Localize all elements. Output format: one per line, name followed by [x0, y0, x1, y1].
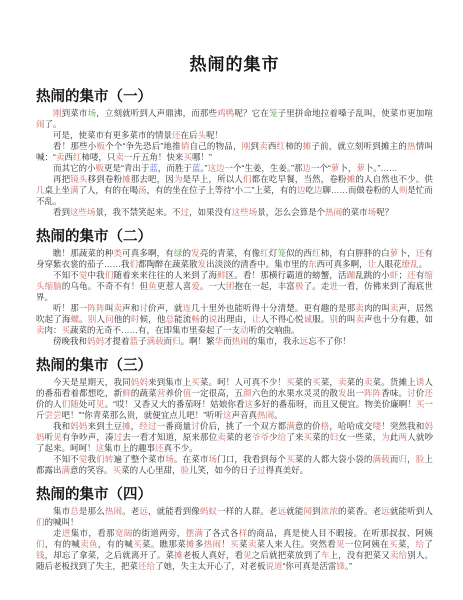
- paragraph: 今天是星期天，我同妈妈来到集市上买菜。呵！人可真不少！买菜的买菜，卖菜的卖菜。货…: [36, 377, 433, 421]
- highlighted-text: 场: [208, 454, 217, 464]
- highlighted-text: 汤: [138, 185, 147, 195]
- highlighted-text: 给: [416, 539, 425, 549]
- highlighted-text: 卖: [338, 377, 347, 387]
- highlighted-text: 笼: [278, 248, 287, 258]
- section-heading: 热闹的集市（四）: [36, 483, 433, 504]
- highlighted-text: 这: [96, 443, 105, 453]
- text-segment: 聊……而做卷粉的人: [322, 185, 399, 195]
- highlighted-text: 满载: [373, 454, 390, 464]
- highlighted-text: 远: [278, 506, 287, 516]
- highlighted-text: 满: [70, 185, 79, 195]
- text-segment: 不知不: [53, 270, 79, 280]
- highlighted-text: 见: [336, 539, 345, 549]
- text-segment: 一样的人群。老: [217, 506, 277, 516]
- paragraph: 集市总是那么热闹。老远，就能看到像蚂蚁一样的人群。老远就能闻到浓浓的菜香。老远就…: [36, 506, 433, 528]
- highlighted-text: 类: [113, 248, 122, 258]
- text-segment: 蔬菜的无奇不……有，在即集市里奏起了一支: [70, 325, 240, 335]
- text-segment: 香味。: [381, 388, 407, 398]
- highlighted-text: 萝: [356, 163, 365, 173]
- highlighted-text: 摊: [174, 550, 183, 560]
- document-page: 热闹的集市 热闹的集市（一）刚到菜市场，立刻就听到人声鼎沸，而那些鸡鸭呢？它在笼…: [0, 0, 463, 600]
- highlighted-text: 卖: [259, 141, 268, 151]
- text-segment: 就能听到人: [390, 506, 433, 516]
- highlighted-text: 热闹: [204, 539, 222, 549]
- text-segment: 的乌龟。不奇不有！但: [62, 281, 148, 291]
- text-segment: 吃: [305, 185, 314, 195]
- text-segment: 门口，我看到每个: [217, 454, 286, 464]
- text-segment: 移到卷粉: [88, 174, 123, 184]
- highlighted-text: 镜头: [70, 174, 87, 184]
- text-segment: 菜的: [295, 377, 312, 387]
- highlighted-text: 买: [304, 432, 313, 442]
- highlighted-text: 妈妈: [87, 336, 104, 346]
- highlighted-text: 宽阔: [115, 528, 133, 538]
- highlighted-text: 远: [300, 336, 309, 346]
- text-segment: 看！那些小: [53, 141, 96, 151]
- text-segment: 区。看！那横行霸道的螃蟹，活: [226, 270, 347, 280]
- text-segment: 。啊！繁: [181, 336, 215, 346]
- highlighted-text: 发: [191, 248, 200, 258]
- highlighted-text: 场: [165, 454, 174, 464]
- highlighted-text: 螺: [71, 314, 80, 324]
- highlighted-text: 还给: [138, 561, 155, 571]
- text-segment: 了: [424, 539, 433, 549]
- text-segment: 一定很高，五: [191, 388, 243, 398]
- highlighted-text: 绿: [174, 248, 183, 258]
- text-segment: 看到: [53, 207, 70, 217]
- text-segment: 菜。瞧那菜: [142, 539, 186, 549]
- text-segment: ，立刻就听到人声鼎沸，而那些: [96, 108, 217, 118]
- highlighted-text: 卖: [355, 314, 364, 324]
- text-segment: 人眼花: [376, 259, 402, 269]
- text-segment: 子里拼命地拉着嗓子乱叫，使菜市更加喧: [278, 108, 433, 118]
- paragraph: 看！那些小贩个个“争先恐后”地推销自己的物品，刚到卖西红柿的摊子前，就立刻听到摊…: [36, 141, 433, 163]
- text-segment: 更惹人喜: [157, 281, 192, 291]
- highlighted-text: 贩: [96, 141, 105, 151]
- text-segment: 子: [138, 336, 147, 346]
- text-segment: 到菜市: [62, 108, 88, 118]
- text-segment: 意的笑容。: [70, 465, 113, 475]
- text-segment: 柿喽，只: [81, 152, 115, 162]
- document-body: 热闹的集市（一）刚到菜市场，立刻就听到人声鼎沸，而那些鸡鸭呢？它在笼子里拼命地拉…: [36, 85, 433, 572]
- text-segment: 西: [64, 152, 73, 162]
- text-segment: ！: [221, 539, 230, 549]
- text-segment: 呢！: [206, 130, 223, 140]
- highlighted-text: 闹: [36, 119, 45, 129]
- text-segment: 的喊叫！: [45, 517, 79, 527]
- highlighted-text: 远: [139, 506, 148, 516]
- highlighted-text: 阵阵: [88, 303, 105, 313]
- highlighted-text: 两: [399, 432, 408, 442]
- text-segment: 。: [274, 410, 283, 420]
- essay-section: 热闹的集市（三）今天是星期天，我同妈妈来到集市上买菜。呵！人可真不少！买菜的买菜…: [36, 354, 433, 476]
- highlighted-text: 买: [62, 325, 71, 335]
- highlighted-text: 见: [53, 432, 62, 442]
- paragraph: 傍晚我和妈妈才提着篮子满载而归。啊！繁华而热闹的集市，我永远忘不了你！: [36, 336, 433, 347]
- text-segment: “你可真是活雷: [283, 561, 337, 571]
- highlighted-text: 为: [381, 432, 390, 442]
- text-segment: ，而胜于: [158, 163, 192, 173]
- text-segment: 菜的人心里甜，: [121, 465, 181, 475]
- highlighted-text: 买: [133, 539, 142, 549]
- highlighted-text: 说道: [266, 561, 283, 571]
- highlighted-text: 买: [230, 539, 239, 549]
- highlighted-text: 蚂蚁: [200, 506, 217, 516]
- highlighted-text: 动: [240, 325, 249, 335]
- text-segment: 菜的: [347, 377, 364, 387]
- section-heading: 热闹的集市（二）: [36, 225, 433, 246]
- text-segment: 中我: [88, 270, 105, 280]
- highlighted-text: 爷爷: [252, 432, 269, 442]
- text-segment: 西可真多啊，: [317, 259, 368, 269]
- text-segment: 来到集市上: [148, 377, 191, 387]
- text-segment: 的: [183, 248, 192, 258]
- text-segment: 了来: [286, 432, 303, 442]
- highlighted-text: 卖: [248, 539, 257, 549]
- highlighted-text: 红: [312, 248, 321, 258]
- text-segment: 菜: [239, 539, 248, 549]
- text-segment: 。在菜市: [174, 454, 209, 464]
- highlighted-text: 销: [181, 141, 190, 151]
- highlighted-text: 热闹: [232, 336, 249, 346]
- highlighted-text: 摊: [186, 539, 195, 549]
- text-segment: 肉的叫: [364, 303, 390, 313]
- text-segment: 了各式各: [203, 528, 238, 538]
- text-segment: 真不少。: [164, 443, 198, 453]
- highlighted-text: 买: [113, 465, 122, 475]
- text-segment: 瞧！那蔬菜的种: [53, 248, 113, 258]
- highlighted-text: 这边: [208, 163, 225, 173]
- text-segment: ，却忘了拿菜，之后就离开了。菜: [45, 550, 174, 560]
- paragraph: 走进集市，看那宽阔的街道两旁，摆满了各式各样的商品，真是使人目不暇接。在听那叔叔…: [36, 528, 433, 572]
- text-segment: 柿的: [285, 141, 302, 151]
- text-segment: 。一大: [200, 281, 226, 291]
- highlighted-text: 华: [215, 336, 224, 346]
- text-segment: ，有的喊: [45, 539, 80, 549]
- text-segment: 了。走: [304, 281, 330, 291]
- highlighted-text: 还: [155, 443, 164, 453]
- highlighted-text: 让: [368, 259, 377, 269]
- text-segment: 是那么: [79, 506, 105, 516]
- highlighted-text: 蓝: [149, 163, 158, 173]
- text-segment: 一个“生姜，生姜。”那: [225, 163, 303, 173]
- highlighted-text: 买: [312, 377, 321, 387]
- text-segment: 景，怎么会算是个: [257, 207, 325, 217]
- text-segment: 灯: [269, 248, 278, 258]
- text-segment: 。: [79, 314, 88, 324]
- highlighted-text: 们: [243, 174, 252, 184]
- highlighted-text: 们: [96, 454, 105, 464]
- text-segment: 听的交响曲。: [249, 325, 300, 335]
- highlighted-text: 见: [243, 550, 252, 560]
- text-segment: 自己的物品，: [190, 141, 242, 151]
- highlighted-text: 笼: [269, 108, 278, 118]
- text-segment: ，就能看到像: [148, 506, 200, 516]
- text-segment: 。老: [122, 506, 139, 516]
- text-segment: 来到土豆: [88, 421, 123, 431]
- highlighted-text: 别: [330, 314, 339, 324]
- highlighted-text: 摊: [122, 174, 131, 184]
- highlighted-text: 鸡鸭: [217, 108, 234, 118]
- highlighted-text: 诚: [304, 314, 313, 324]
- text-segment: 更是“青出于: [104, 163, 149, 173]
- highlighted-text: 热: [407, 141, 416, 151]
- highlighted-text: 锋: [336, 561, 345, 571]
- text-segment: 出一: [347, 388, 364, 398]
- text-segment: 呢？它在: [234, 108, 269, 118]
- highlighted-text: 刚: [53, 108, 62, 118]
- highlighted-text: 讨: [191, 421, 200, 431]
- text-segment: 价的人: [36, 399, 62, 409]
- text-segment: 的人自然也不少。供: [355, 174, 433, 184]
- text-segment: 卜。”……: [365, 163, 398, 173]
- text-segment: 菜。呵！人可真不少！: [200, 377, 286, 387]
- text-segment: 养价: [165, 388, 182, 398]
- paragraph: 再把镜头移到卷粉摊那去吧，因为是早上，所以人们都在吃早餐，当然，卷粉摊的人自然也…: [36, 174, 433, 207]
- text-segment: ，有的坐在位子上等待“小二”上菜，有的: [147, 185, 297, 195]
- text-segment: 的菜市: [342, 207, 368, 217]
- highlighted-text: 脸: [181, 465, 190, 475]
- text-segment: 此: [390, 432, 399, 442]
- highlighted-text: 钱: [36, 550, 45, 560]
- highlighted-text: 场: [368, 207, 377, 217]
- highlighted-text: 场: [249, 207, 258, 217]
- highlighted-text: 几: [36, 185, 45, 195]
- highlighted-text: 边: [302, 163, 311, 173]
- text-segment: 西: [268, 141, 277, 151]
- text-segment: 处可: [79, 399, 96, 409]
- highlighted-text: 摊: [122, 421, 131, 431]
- text-segment: 都陶醉在蔬菜散: [138, 259, 198, 269]
- text-segment: 了。: [45, 119, 62, 129]
- text-segment: 不知不: [53, 454, 79, 464]
- highlighted-text: 东: [308, 259, 317, 269]
- highlighted-text: 总: [166, 314, 175, 324]
- text-segment: 多好的番茄呀，而且又便宜。物美价廉啊！: [253, 399, 416, 409]
- text-segment: 了人，有的在喝: [79, 185, 139, 195]
- highlighted-text: 闻: [303, 506, 312, 516]
- text-segment: ！突然我和: [381, 421, 424, 431]
- highlighted-text: 满: [286, 421, 295, 431]
- text-segment: 菜，: [321, 377, 338, 387]
- highlighted-text: 进: [329, 281, 338, 291]
- highlighted-text: 们: [130, 259, 139, 269]
- text-segment: 子前，就立刻听到摊主的: [311, 141, 407, 151]
- text-segment: 价声，就: [148, 303, 183, 313]
- highlighted-text: 尝尝: [45, 410, 62, 420]
- essay-section: 热闹的集市（一）刚到菜市场，立刻就听到人声鼎沸，而那些鸡鸭呢？它在笼子里拼命地拉…: [36, 85, 433, 218]
- text-segment: 哪！”: [192, 152, 212, 162]
- highlighted-text: 为: [174, 174, 183, 184]
- highlighted-text: 们: [62, 399, 71, 409]
- highlighted-text: 进: [62, 528, 71, 538]
- text-segment: 的街道两旁，: [133, 528, 186, 538]
- text-segment: 在后: [181, 130, 198, 140]
- text-segment: 乱跳的小: [355, 270, 390, 280]
- essay-section: 热闹的集市（二）瞧！那蔬菜的种类可真多啊，有绿的发亮的青菜，有像红灯笼似的西红柿…: [36, 225, 433, 347]
- text-segment: 桌上坐: [45, 185, 71, 195]
- text-segment: 遍了整个菜市: [113, 454, 165, 464]
- text-segment: ，哈哈成交: [329, 421, 372, 431]
- highlighted-text: 还: [172, 130, 181, 140]
- highlighted-text: 买: [183, 152, 192, 162]
- paragraph: 看到这些场景，我不禁笑起来。不过，如果没有这些场景，怎么会算是个热闹的菜市场呢？: [36, 207, 433, 218]
- highlighted-text: 红: [260, 248, 269, 258]
- text-segment: 。: [419, 259, 428, 269]
- text-segment: 忘不了你！: [308, 336, 351, 346]
- text-segment: 少: [269, 432, 278, 442]
- highlighted-text: 妈妈: [70, 421, 87, 431]
- highlighted-text: 卖: [355, 303, 364, 313]
- highlighted-text: 买: [286, 377, 295, 387]
- highlighted-text: 买: [286, 454, 295, 464]
- text-segment: 都在吃早餐，当然，卷粉: [252, 174, 347, 184]
- text-segment: 那去吧，因: [131, 174, 174, 184]
- text-segment: 人不得心悦: [261, 314, 304, 324]
- highlighted-text: 鲜: [217, 270, 226, 280]
- highlighted-text: 这: [245, 399, 254, 409]
- highlighted-text: 妈妈: [131, 377, 148, 387]
- text-segment: 肉：: [45, 325, 62, 335]
- text-segment: 的蔬菜: [131, 388, 157, 398]
- highlighted-text: 卖: [36, 325, 45, 335]
- text-segment: 的叫: [338, 314, 355, 324]
- highlighted-text: 满载: [147, 336, 164, 346]
- text-segment: 听！那一: [53, 303, 88, 313]
- text-segment: 声和: [122, 303, 139, 313]
- section-heading: 热闹的集市（三）: [36, 354, 433, 375]
- highlighted-text: 贩: [96, 163, 105, 173]
- highlighted-text: 们: [36, 539, 45, 549]
- text-segment: 才提着: [104, 336, 130, 346]
- text-segment: 菜。货摊上: [373, 377, 416, 387]
- text-segment: 多: [195, 539, 204, 549]
- highlighted-text: 极: [295, 281, 304, 291]
- highlighted-text: 归: [398, 454, 407, 464]
- text-segment: 的: [200, 314, 209, 324]
- text-segment: 集市，看那: [71, 528, 115, 538]
- highlighted-text: 妇: [329, 432, 338, 442]
- highlighted-text: 摆满: [186, 528, 204, 538]
- text-segment: 一个“: [311, 163, 331, 173]
- highlighted-text: 热闹: [325, 207, 342, 217]
- text-segment: 菜人来人往。突然看: [257, 539, 336, 549]
- highlighted-text: 还: [407, 270, 416, 280]
- paragraph: 刚到菜市场，立刻就听到人声鼎沸，而那些鸡鸭呢？它在笼子里拼命地拉着嗓子乱叫，使菜…: [36, 108, 433, 130]
- highlighted-text: 发: [198, 259, 207, 269]
- essay-section: 热闹的集市（四）集市总是那么热闹。老远，就能看到像蚂蚁一样的人群。老远就能闻到浓…: [36, 483, 433, 572]
- text-segment: 菜的老: [226, 432, 252, 442]
- highlighted-text: 浓浓: [321, 506, 338, 516]
- text-segment: 出理由，: [217, 314, 252, 324]
- text-segment: 集市上的趣事: [104, 443, 155, 453]
- highlighted-text: 卖: [217, 432, 226, 442]
- text-segment: ，: [407, 454, 416, 464]
- text-segment: 的菜香。老: [338, 506, 381, 516]
- text-segment: 女一些菜，: [338, 432, 381, 442]
- highlighted-text: 经过: [139, 421, 156, 431]
- highlighted-text: 归: [172, 336, 181, 346]
- section-heading: 热闹的集市（一）: [36, 85, 433, 106]
- highlighted-text: 头: [198, 130, 207, 140]
- text-segment: 是早上，所以人: [183, 174, 243, 184]
- highlighted-text: 热闹: [105, 506, 122, 516]
- text-segment: 声也十分有趣，如: [364, 314, 433, 324]
- highlighted-text: 阵阵: [364, 388, 381, 398]
- text-segment: 今天是星期天，我同: [53, 377, 131, 387]
- highlighted-text: 热闹: [257, 410, 274, 420]
- text-segment: 的集市，我永: [249, 336, 300, 346]
- text-segment: 几十里外也能听得十分清楚。更有趣的是那: [191, 303, 355, 313]
- text-segment: 而: [223, 336, 232, 346]
- text-segment: 老板人真好，看: [183, 550, 243, 560]
- text-segment: 柿，有白胖胖的白: [321, 248, 390, 258]
- highlighted-text: 们: [36, 517, 45, 527]
- text-segment: 价后，挑了一个双方都: [200, 421, 286, 431]
- highlighted-text: 过: [181, 207, 190, 217]
- highlighted-text: 这些: [232, 207, 249, 217]
- paragraph: 而其它的小贩更是“青出于蓝，而胜于蓝。”这边一个“生姜，生姜。”那边一个“萝卜，…: [36, 163, 433, 174]
- text-segment: 的商品，真是使人目不暇接。在听那叔叔、阿姨: [248, 528, 433, 538]
- paragraph: 听！那一阵阵叫卖声和讨价声，就连几十里外也能听得十分清楚。更有趣的是那卖肉的叫卖…: [36, 303, 433, 336]
- text-segment: 之后就把菜放到了: [252, 550, 321, 560]
- highlighted-text: 总: [70, 506, 79, 516]
- paragraph: 不知不觉我们转遍了整个菜市场。在菜市场门口，我看到每个买菜的人都大袋小袋的满载而…: [36, 454, 433, 476]
- text-segment: 听: [45, 432, 54, 442]
- highlighted-text: 还: [424, 388, 433, 398]
- text-segment: 亮的青菜，有像: [200, 248, 260, 258]
- highlighted-text: 场: [88, 108, 97, 118]
- text-segment: 随着来来往往的人来到了海: [113, 270, 217, 280]
- text-segment: 一斤五角！快来: [124, 152, 184, 162]
- highlighted-text: 缭乱: [402, 259, 419, 269]
- highlighted-text: 觉: [79, 454, 88, 464]
- text-segment: 。”: [200, 163, 207, 173]
- paragraph: 可是，使菜市有更多菜市的情景还在后头呢！: [36, 130, 433, 141]
- highlighted-text: 讨: [407, 388, 416, 398]
- text-segment: 。“哎！又香又大的番茄呀！姑娘你看: [105, 399, 245, 409]
- text-segment: 人: [96, 314, 105, 324]
- text-segment: 候，他: [140, 314, 166, 324]
- text-segment: 可是，使菜市有更多菜市的情景: [53, 130, 172, 140]
- highlighted-text: 这: [223, 410, 232, 420]
- text-segment: 他的: [114, 314, 131, 324]
- text-segment: 菜的人都大袋小袋的: [295, 454, 373, 464]
- text-segment: 而其它的小: [53, 163, 96, 173]
- highlighted-text: 过: [257, 465, 266, 475]
- paragraph: 不知不觉中我们随着来来往往的人来到了海鲜区。看！那横行霸道的螃蟹，活蹦乱跳的小虾…: [36, 270, 433, 303]
- text-segment: 抱在一起，丰富: [235, 281, 295, 291]
- text-segment: 服。: [312, 314, 329, 324]
- text-segment: 再把: [53, 174, 70, 184]
- highlighted-text: 买: [191, 377, 200, 387]
- text-segment: 出淡淡的清香中。集市里的: [206, 259, 308, 269]
- highlighted-text: 样: [239, 528, 248, 538]
- text-segment: 六色的水果水灵灵的散: [252, 388, 338, 398]
- text-segment: 。”: [345, 561, 352, 571]
- highlighted-text: 爱: [191, 281, 200, 291]
- highlighted-text: 卖鱼: [80, 539, 98, 549]
- text-segment: 到: [250, 141, 259, 151]
- paragraph: 瞧！那蔬菜的种类可真多啊，有绿的发亮的青菜，有像红灯笼似的西红柿，有白胖胖的白萝…: [36, 248, 433, 270]
- highlighted-text: 场: [87, 207, 96, 217]
- paragraph: 我和妈妈来到土豆摊，经过一番商量讨价后，挑了一个双方都满意的价格，哈哈成交喽！突…: [36, 421, 433, 454]
- text-segment: ，如果没有: [189, 207, 232, 217]
- text-segment: 个个“争先恐后”地推: [105, 141, 181, 151]
- highlighted-text: 喽: [373, 421, 382, 431]
- highlighted-text: 连: [183, 303, 192, 313]
- highlighted-text: 时: [131, 314, 140, 324]
